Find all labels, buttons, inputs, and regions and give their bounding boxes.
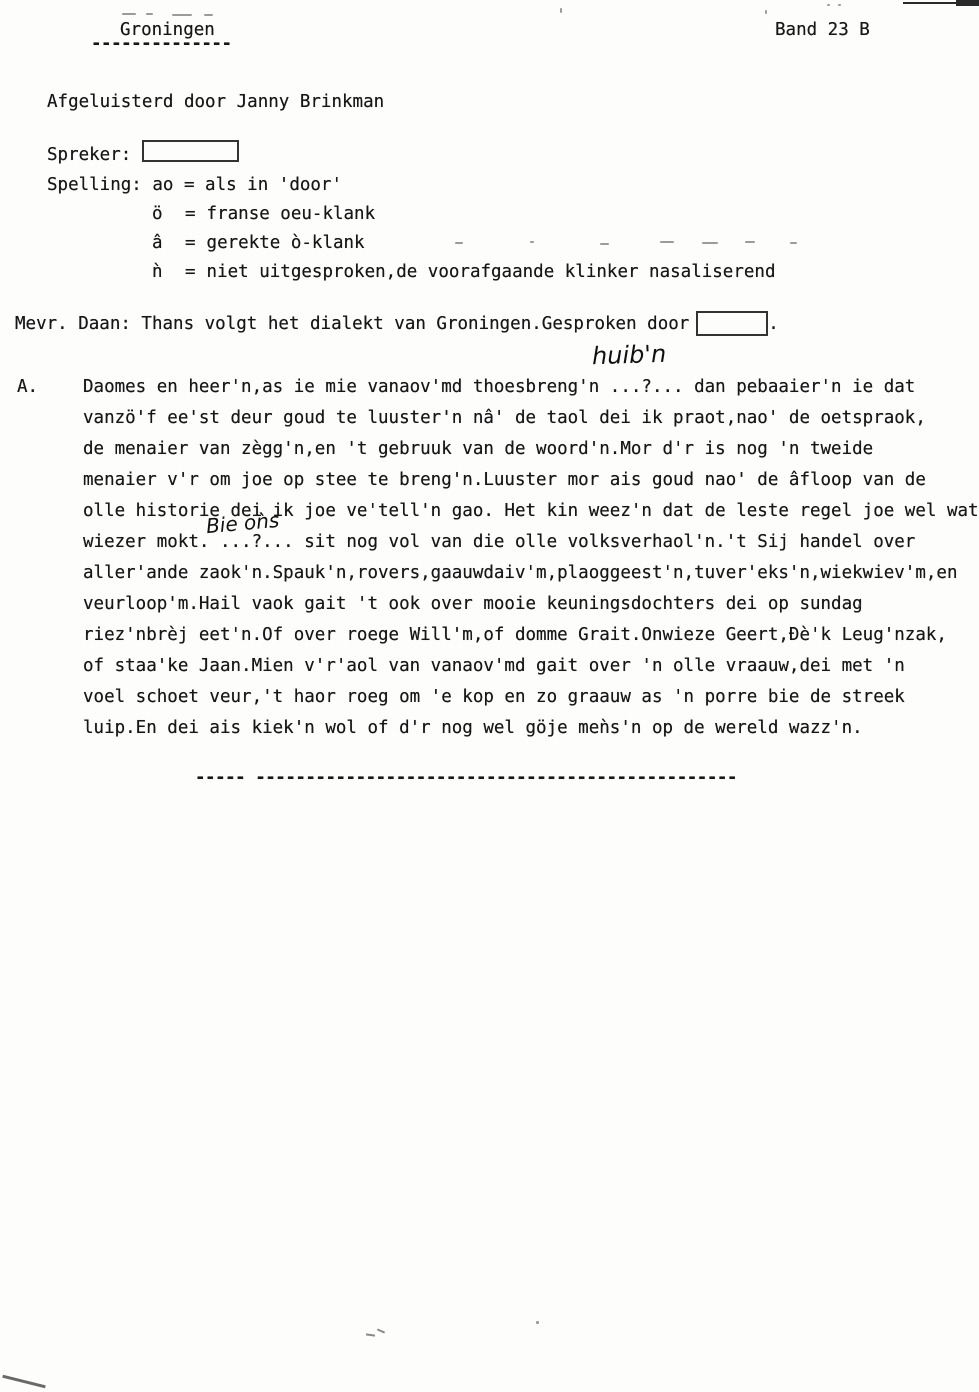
spelling-symbol: ǹ	[152, 261, 185, 283]
dialect-line: voel schoet veur,'t haor roeg om 'e kop …	[83, 686, 905, 708]
scan-speck	[660, 241, 674, 243]
spelling-symbol: â	[152, 232, 185, 254]
scan-speck	[858, 604, 861, 607]
dialect-line: veurloop'm.Hail vaok gait 't ook over mo…	[83, 593, 863, 615]
dialect-line: menaier v'r om joe op stee te breng'n.Lu…	[83, 469, 926, 491]
announcement-line: Mevr. Daan: Thans volgt het dialekt van …	[15, 311, 779, 336]
spelling-entry: â=gerekte ò-klank	[152, 232, 365, 254]
scan-speck	[838, 4, 841, 6]
equals-sign: =	[185, 261, 196, 283]
separator-line: ----- ----------------------------------…	[195, 767, 737, 789]
dialect-line: of staa'ke Jaan.Mien v'r'aol van vanaov'…	[83, 655, 905, 677]
region-title-underline: --------------	[91, 33, 232, 55]
scan-speck	[530, 241, 534, 243]
equals-sign: =	[185, 232, 196, 254]
dialect-line: aller'ande zaok'n.Spauk'n,rovers,gaauwda…	[83, 562, 957, 584]
spelling-entry: ö=franse oeu-klank	[152, 203, 375, 225]
scan-speck	[845, 602, 848, 605]
spelling-desc: niet uitgesproken,de voorafgaande klinke…	[196, 261, 776, 283]
scan-speck	[765, 10, 767, 14]
dialect-line: de menaier van zègg'n,en 't gebruuk van …	[83, 438, 873, 460]
section-marker: A.	[17, 376, 38, 398]
scan-speck	[702, 242, 718, 244]
spelling-entry: ǹ=niet uitgesproken,de voorafgaande klin…	[152, 261, 776, 283]
scan-speck	[455, 242, 463, 244]
scan-speck	[122, 13, 136, 15]
dialect-line: riez'nbrèj eet'n.Of over roege Will'm,of…	[83, 624, 947, 646]
scan-speck	[827, 4, 830, 6]
spelling-intro: Spelling: ao = als in 'door'	[47, 174, 342, 196]
scan-artifact-tilde	[366, 1333, 375, 1336]
dialect-line: Daomes en heer'n,as ie mie vanaov'md tho…	[83, 376, 915, 398]
dialect-line: vanzö'f ee'st deur goud te luuster'n nâ'…	[83, 407, 926, 429]
scan-speck	[204, 14, 213, 16]
speaker-label: Spreker:	[47, 144, 131, 166]
spelling-desc: gerekte ò-klank	[196, 232, 365, 254]
scan-speck	[560, 8, 562, 13]
handwritten-annotation-huibn: huib'n	[592, 340, 667, 371]
scan-speck	[146, 13, 153, 15]
scan-speck	[536, 1321, 539, 1324]
scan-artifact-bottom-stroke	[2, 1375, 45, 1389]
scan-speck	[790, 242, 797, 244]
transcriber-line: Afgeluisterd door Janny Brinkman	[47, 91, 384, 113]
scan-artifact-tilde	[377, 1328, 385, 1333]
document-page: Groningen -------------- Band 23 B Afgel…	[0, 0, 979, 1392]
scan-speck	[172, 14, 192, 16]
equals-sign: =	[185, 203, 196, 225]
spelling-symbol: ö	[152, 203, 185, 225]
dialect-line: luip.En dei ais kiek'n wol of d'r nog we…	[83, 717, 863, 739]
scan-speck	[745, 241, 755, 243]
announcement-speaker-box	[696, 311, 768, 336]
speaker-name-box	[142, 140, 239, 162]
announcement-period: .	[768, 313, 779, 335]
band-label: Band 23 B	[775, 19, 870, 41]
announcement-text: Mevr. Daan: Thans volgt het dialekt van …	[15, 313, 689, 335]
scan-artifact-corner-blob	[956, 0, 979, 6]
scan-speck	[600, 243, 609, 245]
spelling-desc: franse oeu-klank	[196, 203, 376, 225]
